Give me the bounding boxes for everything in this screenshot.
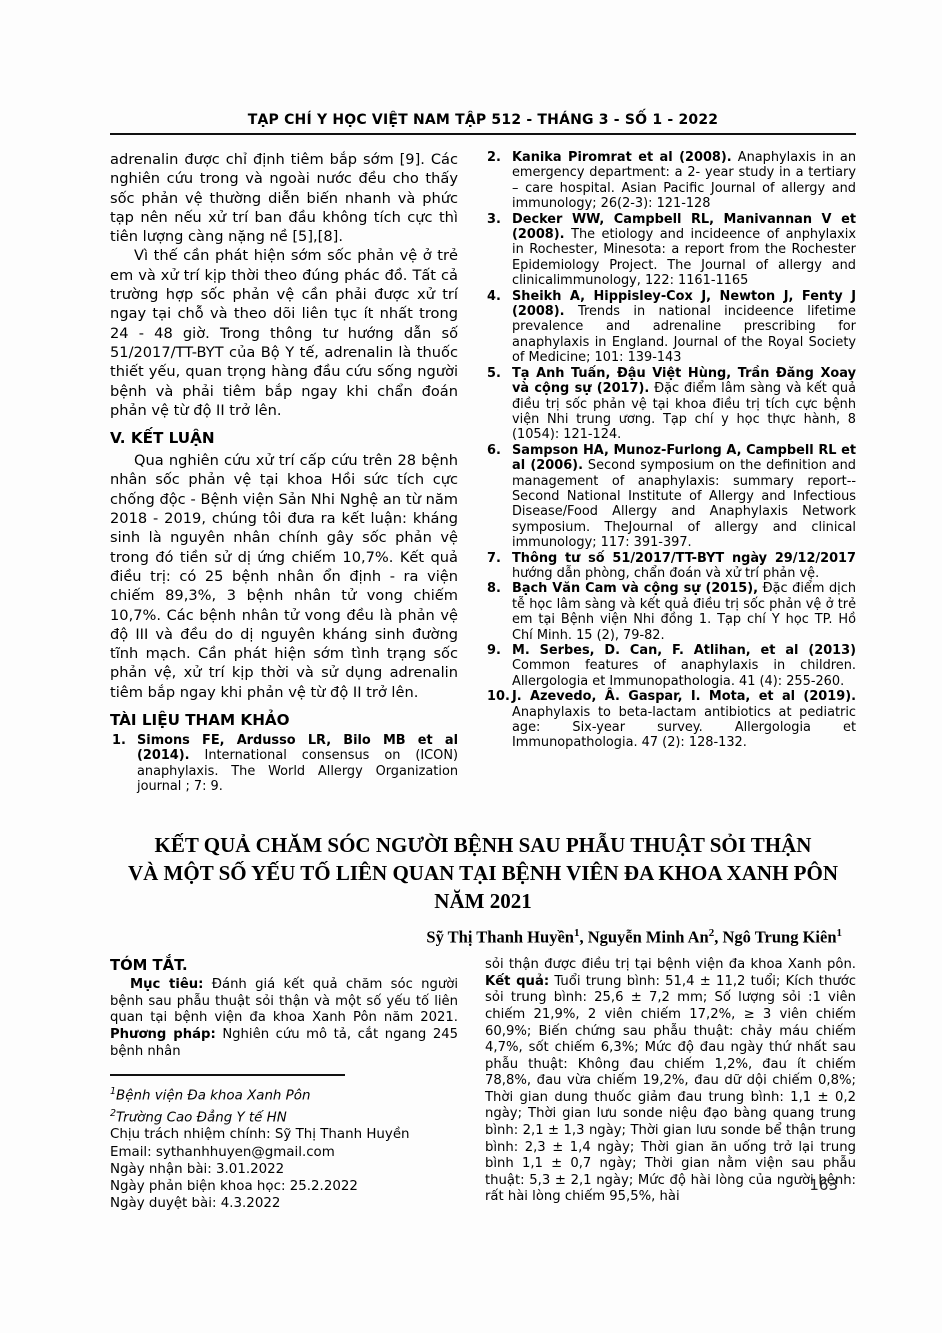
footnote-date-accepted: Ngày duyệt bài: 4.3.2022	[110, 1195, 458, 1212]
journal-header: TẠP CHÍ Y HỌC VIỆT NAM TẬP 512 - THÁNG 3…	[110, 112, 856, 135]
abstract-left-text: Mục tiêu: Đánh giá kết quả chăm sóc ngườ…	[110, 977, 458, 1060]
reference-text: J. Azevedo, Â. Gaspar, I. Mota, et al (2…	[512, 689, 856, 750]
reference-entry: 3. Decker WW, Campbell RL, Manivannan V …	[485, 212, 856, 289]
conclusion-heading: V. KẾT LUẬN	[110, 429, 458, 447]
reference-text: Kanika Piromrat et al (2008). Anaphylaxi…	[512, 150, 856, 211]
right-column: 2. Kanika Piromrat et al (2008). Anaphyl…	[485, 150, 856, 795]
reference-text: Thông tư số 51/2017/TT-BYT ngày 29/12/20…	[512, 551, 856, 581]
page-number: 163	[809, 1176, 838, 1194]
reference-entry: 6. Sampson HA, Munoz-Furlong A, Campbell…	[485, 443, 856, 551]
reference-number: 1.	[112, 733, 126, 748]
reference-text: Decker WW, Campbell RL, Manivannan V et …	[512, 212, 856, 289]
reference-text: Simons FE, Ardusso LR, Bilo MB et al (20…	[137, 733, 458, 794]
reference-number: 9.	[487, 643, 501, 658]
page-content: TẠP CHÍ Y HỌC VIỆT NAM TẬP 512 - THÁNG 3…	[110, 112, 856, 1212]
footnote-block: 1Bệnh viện Đa khoa Xanh Pôn 2Trường Cao …	[110, 1074, 458, 1212]
reference-number: 3.	[487, 212, 501, 227]
authors-line: Sỹ Thị Thanh Huyền1, Nguyễn Minh An2, Ng…	[110, 927, 856, 948]
article-title-line-2: VÀ MỘT SỐ YẾU TỐ LIÊN QUAN TẠI BỆNH VIÊN…	[110, 859, 856, 887]
reference-number: 4.	[487, 289, 501, 304]
abstract-right-column: sỏi thận được điều trị tại bệnh viện đa …	[485, 957, 856, 1212]
reference-text: Tạ Anh Tuấn, Đậu Việt Hùng, Trần Đăng Xo…	[512, 366, 856, 443]
footnote-date-reviewed: Ngày phản biện khoa học: 25.2.2022	[110, 1178, 458, 1195]
reference-text: M. Serbes, D. Can, F. Atlihan, et al (20…	[512, 643, 856, 689]
footnote-affiliation-1: 1Bệnh viện Đa khoa Xanh Pôn	[110, 1083, 458, 1105]
reference-entry: 10. J. Azevedo, Â. Gaspar, I. Mota, et a…	[485, 689, 856, 751]
footnote-separator-rule	[110, 1074, 345, 1076]
reference-entry: 8. Bạch Văn Cam và cộng sự (2015), Đặc đ…	[485, 581, 856, 643]
footnote-affiliation-2: 2Trường Cao Đẳng Y tế HN	[110, 1105, 458, 1127]
paragraph-early-detection: Vì thế cần phát hiện sớm sốc phản vệ ở t…	[110, 246, 458, 420]
reference-entry: 1. Simons FE, Ardusso LR, Bilo MB et al …	[110, 733, 458, 795]
reference-entry: 2. Kanika Piromrat et al (2008). Anaphyl…	[485, 150, 856, 212]
conclusion-paragraph: Qua nghiên cứu xử trí cấp cứu trên 28 bệ…	[110, 451, 458, 702]
reference-text: Bạch Văn Cam và cộng sự (2015), Đặc điểm…	[512, 581, 856, 642]
abstract-right-text: sỏi thận được điều trị tại bệnh viện đa …	[485, 957, 856, 1206]
abstract-heading: TÓM TẮT.	[110, 957, 458, 974]
article-title-line-1: KẾT QUẢ CHĂM SÓC NGƯỜI BỆNH SAU PHẪU THU…	[110, 831, 856, 859]
reference-list-right: 2. Kanika Piromrat et al (2008). Anaphyl…	[485, 150, 856, 751]
footnote-corresponding-author: Chịu trách nhiệm chính: Sỹ Thị Thanh Huy…	[110, 1126, 458, 1143]
top-two-columns: adrenalin được chỉ định tiêm bắp sớm [9]…	[110, 150, 856, 795]
reference-text: Sampson HA, Munoz-Furlong A, Campbell RL…	[512, 443, 856, 550]
abstract-left-column: TÓM TẮT. Mục tiêu: Đánh giá kết quả chăm…	[110, 957, 458, 1212]
reference-number: 5.	[487, 366, 501, 381]
second-article: KẾT QUẢ CHĂM SÓC NGƯỜI BỆNH SAU PHẪU THU…	[110, 831, 856, 1213]
references-heading: TÀI LIỆU THAM KHẢO	[110, 711, 458, 729]
abstract-two-columns: TÓM TẮT. Mục tiêu: Đánh giá kết quả chăm…	[110, 957, 856, 1212]
footnote-email: Email: sythanhhuyen@gmail.com	[110, 1144, 458, 1161]
reference-entry: 4. Sheikh A, Hippisley-Cox J, Newton J, …	[485, 289, 856, 366]
reference-number: 10.	[487, 689, 510, 704]
reference-number: 7.	[487, 551, 501, 566]
journal-page: TẠP CHÍ Y HỌC VIỆT NAM TẬP 512 - THÁNG 3…	[0, 0, 942, 1333]
reference-number: 6.	[487, 443, 501, 458]
reference-entry: 7. Thông tư số 51/2017/TT-BYT ngày 29/12…	[485, 551, 856, 582]
reference-number: 2.	[487, 150, 501, 165]
footnote-date-received: Ngày nhận bài: 3.01.2022	[110, 1161, 458, 1178]
reference-entry: 5. Tạ Anh Tuấn, Đậu Việt Hùng, Trần Đăng…	[485, 366, 856, 443]
left-column: adrenalin được chỉ định tiêm bắp sớm [9]…	[110, 150, 458, 795]
reference-text: Sheikh A, Hippisley-Cox J, Newton J, Fen…	[512, 289, 856, 366]
article-title: KẾT QUẢ CHĂM SÓC NGƯỜI BỆNH SAU PHẪU THU…	[110, 831, 856, 915]
reference-list-left: 1. Simons FE, Ardusso LR, Bilo MB et al …	[110, 733, 458, 795]
article-title-line-3: NĂM 2021	[110, 887, 856, 915]
reference-number: 8.	[487, 581, 501, 596]
paragraph-continuation: adrenalin được chỉ định tiêm bắp sớm [9]…	[110, 150, 458, 246]
reference-entry: 9. M. Serbes, D. Can, F. Atlihan, et al …	[485, 643, 856, 689]
